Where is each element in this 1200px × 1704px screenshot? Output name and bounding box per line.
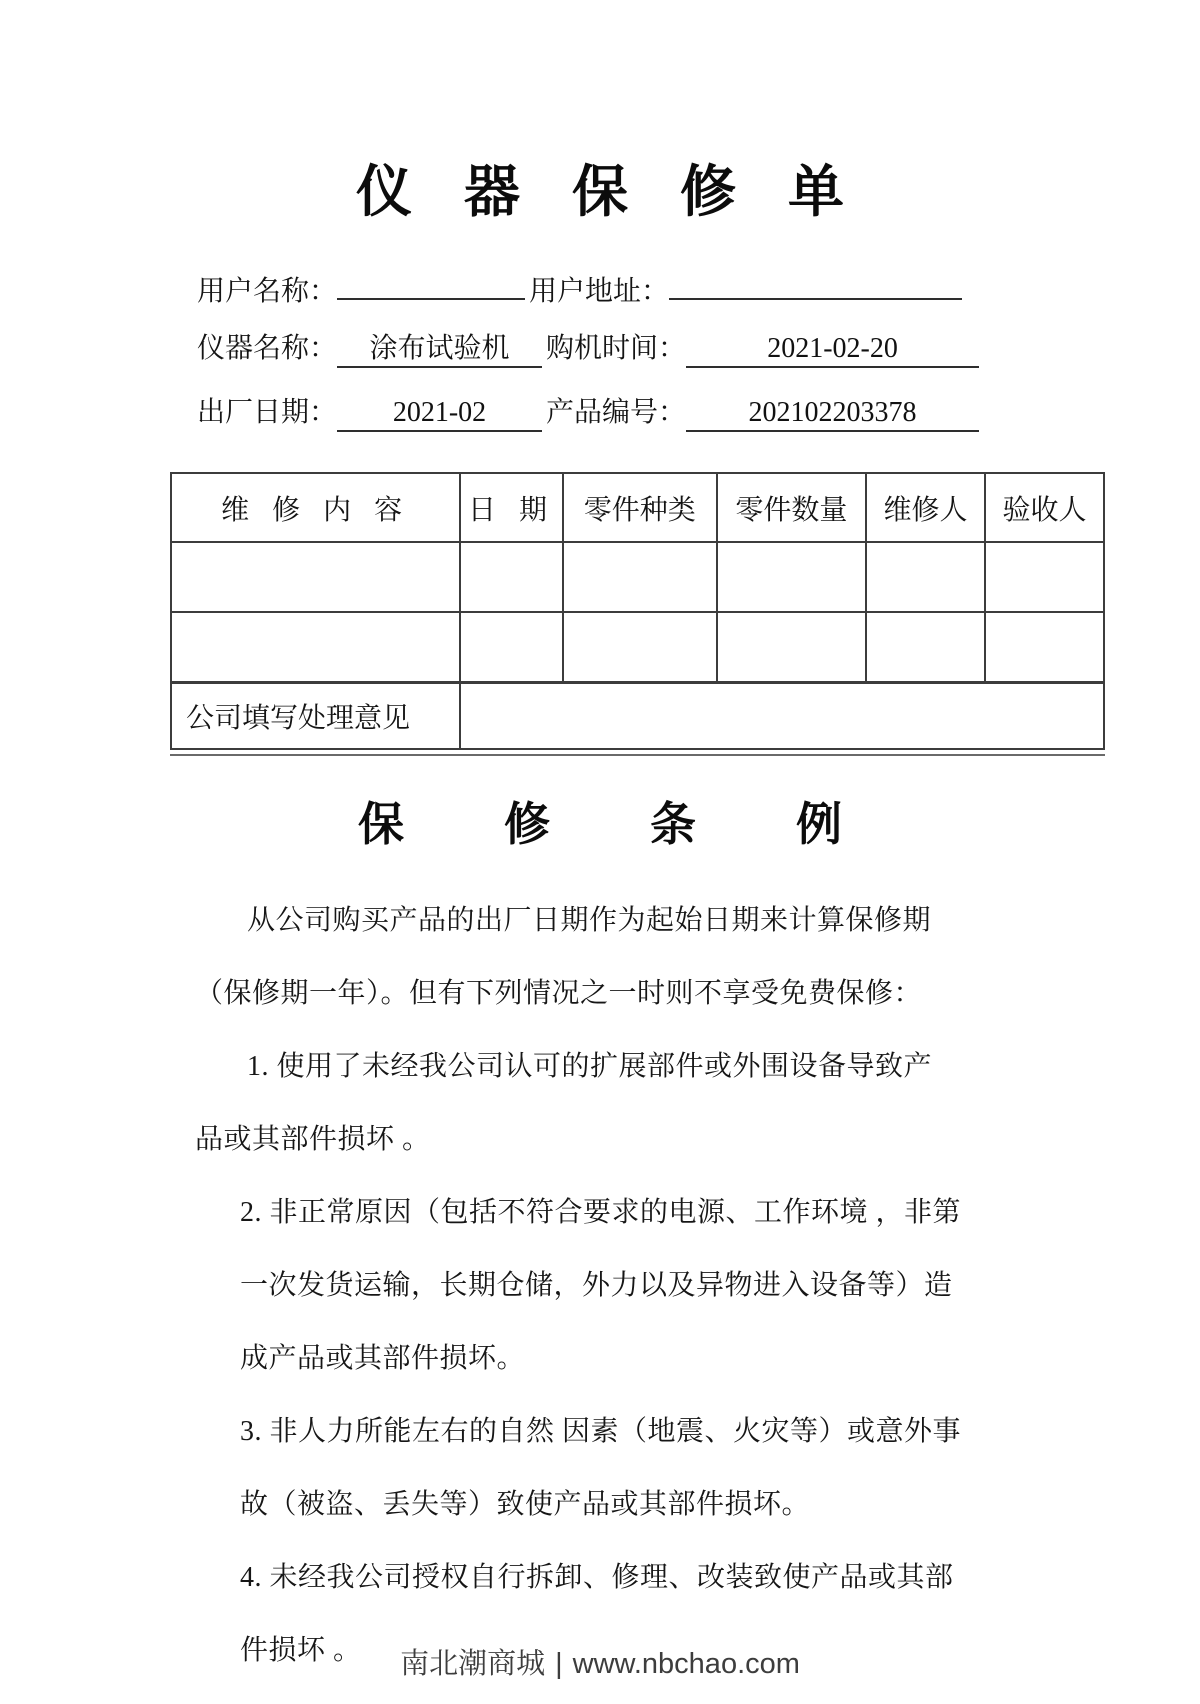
table-row-empty-1 [171, 542, 1104, 612]
table-cell [563, 542, 717, 612]
header-part-type: 零件种类 [563, 473, 717, 542]
company-opinion-label: 公司填写处理意见 [171, 682, 460, 749]
terms-line: 从公司购买产品的出厂日期作为起始日期来计算保修期 [195, 884, 1200, 957]
table-cell [171, 612, 460, 682]
product-number-field: 202102203378 [686, 394, 979, 432]
terms-line: 3. 非人力所能左右的自然 因素（地震、火灾等）或意外事 [195, 1395, 1200, 1468]
table-header-row: 维 修 内 容 日 期 零件种类 零件数量 维修人 验收人 [171, 473, 1104, 542]
footer-separator: | [555, 1648, 563, 1680]
table-cell [985, 542, 1104, 612]
header-form: 用户名称： 用户地址： 仪器名称： 涂布试验机 购机时间： 2021-02-20… [197, 262, 1200, 454]
header-repairer: 维修人 [866, 473, 985, 542]
terms-line: 成产品或其部件损坏。 [195, 1322, 1200, 1395]
instrument-name-field: 涂布试验机 [337, 330, 542, 368]
footer-brand: 南北潮商城 [400, 1648, 545, 1680]
terms-line: 1. 使用了未经我公司认可的扩展部件或外围设备导致产 [195, 1030, 1200, 1103]
header-date: 日 期 [460, 473, 563, 542]
terms-line: 故（被盗、丢失等）致使产品或其部件损坏。 [195, 1468, 1200, 1541]
form-row-user: 用户名称： 用户地址： [197, 262, 1200, 326]
company-opinion-row: 公司填写处理意见 [171, 682, 1104, 749]
table-cell [460, 612, 563, 682]
header-repair-content: 维 修 内 容 [171, 473, 460, 542]
warranty-document-page: 仪器保修单 用户名称： 用户地址： 仪器名称： 涂布试验机 购机时间： 2021… [0, 0, 1200, 1704]
purchase-time-label: 购机时间： [546, 326, 686, 366]
instrument-name-label: 仪器名称： [197, 326, 337, 366]
table-cell [717, 542, 866, 612]
factory-date-label: 出厂日期： [197, 390, 337, 430]
table-bottom-rule [170, 754, 1105, 756]
user-address-label: 用户地址： [529, 269, 669, 309]
terms-heading: 保修条例 [0, 788, 1200, 854]
repair-record-table: 维 修 内 容 日 期 零件种类 零件数量 维修人 验收人 [170, 472, 1105, 750]
user-name-field [337, 262, 525, 300]
factory-date-field: 2021-02 [337, 394, 542, 432]
terms-line: 4. 未经我公司授权自行拆卸、修理、改装致使产品或其部 [195, 1541, 1200, 1614]
table-cell [717, 612, 866, 682]
table-cell [563, 612, 717, 682]
terms-body: 从公司购买产品的出厂日期作为起始日期来计算保修期 （保修期一年）。但有下列情况之… [195, 884, 1200, 1687]
purchase-time-field: 2021-02-20 [686, 330, 979, 368]
form-row-factory: 出厂日期： 2021-02 产品编号： 202102203378 [197, 390, 1200, 454]
terms-line: （保修期一年）。但有下列情况之一时则不享受免费保修： [195, 957, 1200, 1030]
form-row-instrument: 仪器名称： 涂布试验机 购机时间： 2021-02-20 [197, 326, 1200, 390]
company-opinion-field [460, 682, 1104, 749]
document-title: 仪器保修单 [0, 148, 1200, 228]
header-part-quantity: 零件数量 [717, 473, 866, 542]
table-cell [171, 542, 460, 612]
header-inspector: 验收人 [985, 473, 1104, 542]
table-cell [866, 612, 985, 682]
table-cell [866, 542, 985, 612]
table-cell [985, 612, 1104, 682]
table-cell [460, 542, 563, 612]
table-row-empty-2 [171, 612, 1104, 682]
terms-line: 一次发货运输，长期仓储，外力以及异物进入设备等）造 [195, 1249, 1200, 1322]
user-address-field [669, 262, 962, 300]
footer-url: www.nbchao.com [573, 1648, 800, 1680]
site-footer: 南北潮商城|www.nbchao.com [0, 1641, 1200, 1682]
terms-line: 2. 非正常原因（包括不符合要求的电源、工作环境 ，非第 [195, 1176, 1200, 1249]
terms-line: 品或其部件损坏 。 [195, 1103, 1200, 1176]
user-name-label: 用户名称： [197, 269, 337, 309]
product-number-label: 产品编号： [546, 390, 686, 430]
